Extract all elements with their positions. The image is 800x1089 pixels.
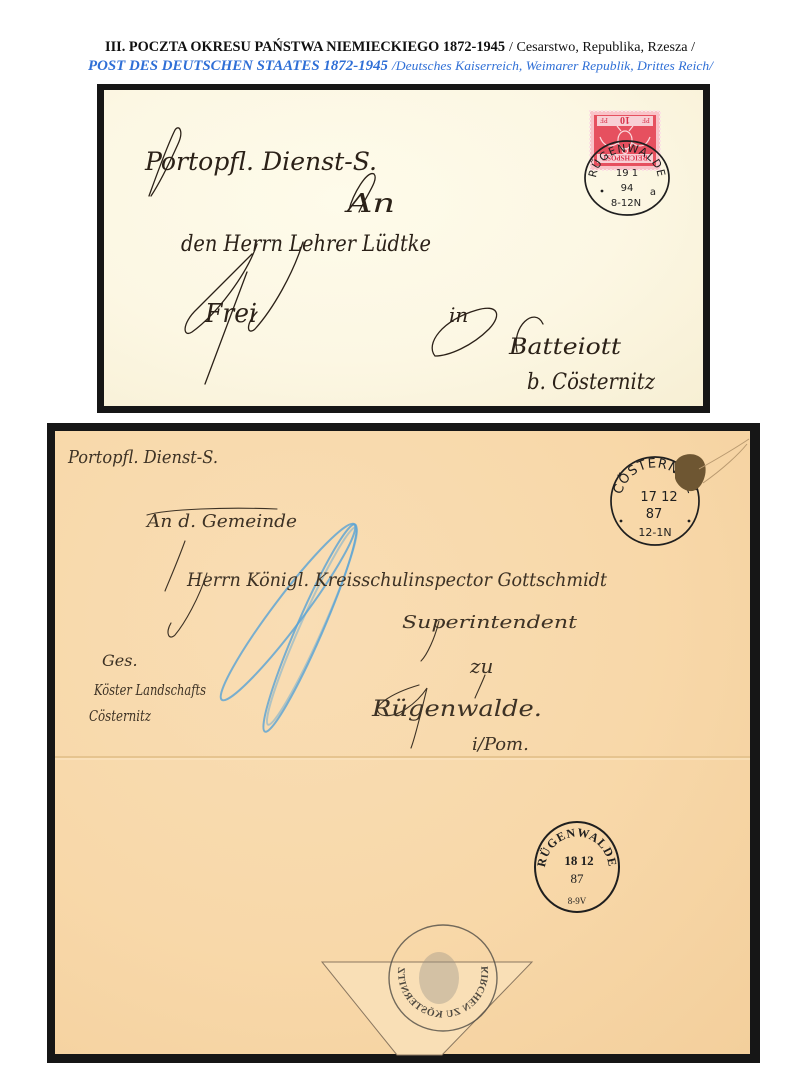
- sender-line: An d. Gemeinde: [145, 511, 297, 532]
- destination-via: b. Cösternitz: [527, 370, 655, 395]
- cover-bottom-markings: Portopfl. Dienst-S. An d. Gemeinde Herrn…: [47, 423, 760, 1063]
- destination-place: Batteiott: [508, 335, 621, 360]
- postmark-date: 17 12: [640, 490, 677, 505]
- blue-pencil-mark: [210, 515, 367, 737]
- postmark-year: 94: [621, 183, 634, 194]
- paper-crack: [699, 439, 749, 483]
- destination-prefix: in: [449, 303, 468, 327]
- handwritten-address-top: Portopfl. Dienst-S. An den Herrn Lehrer …: [144, 128, 655, 395]
- postmark-year: 87: [646, 507, 663, 522]
- salutation: An: [344, 189, 395, 219]
- flourish-stroke: [165, 541, 185, 591]
- postmark-time: 8-9V: [568, 896, 587, 906]
- preposition: zu: [469, 654, 493, 678]
- postmark-letter: a: [650, 187, 656, 198]
- margin-note: Ges.: [102, 651, 138, 670]
- postmark-date: 19 1: [616, 168, 638, 179]
- flourish-stroke: [475, 675, 485, 698]
- stamp-currency-left: PF: [642, 116, 650, 124]
- postmark-time: 8-12N: [611, 198, 641, 209]
- postmark-star-icon: [620, 520, 623, 523]
- handwritten-address-bottom: Portopfl. Dienst-S. An d. Gemeinde Herrn…: [67, 447, 607, 755]
- destination-region: i/Pom.: [472, 734, 529, 755]
- fold-crease: [55, 757, 750, 759]
- margin-note: Köster Landschafts: [93, 681, 206, 699]
- addressee-line: den Herrn Lehrer Lüdtke: [181, 232, 431, 257]
- postmark-rugenwalde-1894: RÜGENWALDE 19 1 94 8-12N a: [585, 141, 669, 215]
- margin-note: Cösternitz: [89, 707, 151, 725]
- page-header: III. POCZTA OKRESU PAŃSTWA NIEMIECKIEGO …: [0, 0, 800, 80]
- cover-bottom: Portopfl. Dienst-S. An d. Gemeinde Herrn…: [47, 423, 760, 1063]
- postmark-rugenwalde-1887: RÜGENWALDE 18 12 87 8-9V: [534, 822, 620, 912]
- postmark-year: 87: [571, 871, 585, 886]
- service-note: Portopfl. Dienst-S.: [67, 447, 218, 468]
- church-seal-stamp: KIRCHEN ZU KÖSTERNITZ: [389, 925, 497, 1031]
- cover-top: Portopfl. Dienst-S. An den Herrn Lehrer …: [97, 84, 710, 413]
- stamp-denomination: 10: [620, 114, 630, 125]
- postmark-date: 18 12: [564, 853, 593, 868]
- wax-seal-blot: [675, 454, 706, 491]
- postmark-star-icon: [601, 190, 604, 193]
- seal-emblem: [419, 952, 459, 1004]
- postmark-star-icon: [688, 520, 691, 523]
- addressee-line: Herrn Königl. Kreisschulinspector Gottsc…: [186, 569, 607, 591]
- service-note: Portopfl. Dienst-S.: [144, 147, 377, 176]
- destination-city: Rügenwalde.: [371, 697, 542, 722]
- postmark-costernitz-1887: CÖSTERNITZ 17 12 87 12-1N: [611, 439, 749, 545]
- header-subtitle-german: /Deutsches Kaiserreich, Weimarer Republi…: [391, 58, 714, 73]
- cover-top-markings: Portopfl. Dienst-S. An den Herrn Lehrer …: [97, 84, 710, 413]
- postmark-time: 12-1N: [638, 526, 671, 539]
- header-title-german: POST DES DEUTSCHEN STAATES 1872-1945: [88, 58, 388, 74]
- stamp-currency-right: PF: [600, 116, 608, 124]
- header-subtitle-polish: / Cesarstwo, Republika, Rzesza /: [509, 40, 695, 55]
- addressee-title: Superintendent: [402, 612, 578, 633]
- header-title-polish: III. POCZTA OKRESU PAŃSTWA NIEMIECKIEGO …: [105, 38, 505, 55]
